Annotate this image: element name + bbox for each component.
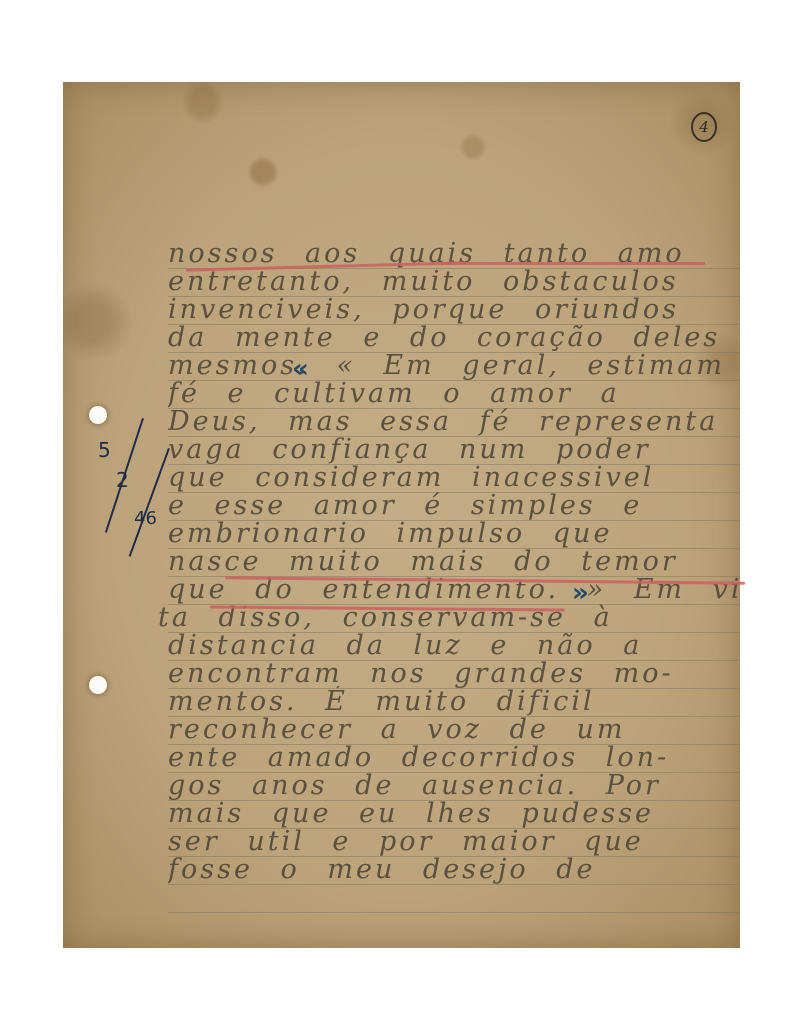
handwritten-line: fosse o meu desejo de <box>168 854 740 888</box>
date-day: 5 <box>98 438 111 462</box>
ruled-line <box>168 912 740 913</box>
punch-hole-bottom <box>89 676 107 694</box>
page-number: 4 <box>691 112 717 142</box>
date-slash-2 <box>129 448 170 557</box>
red-underline <box>440 262 705 265</box>
blue-open-quote-mark: « <box>292 354 309 384</box>
margin-date: 5 2 46 <box>90 418 170 548</box>
blue-close-quote-mark: » <box>572 578 589 608</box>
